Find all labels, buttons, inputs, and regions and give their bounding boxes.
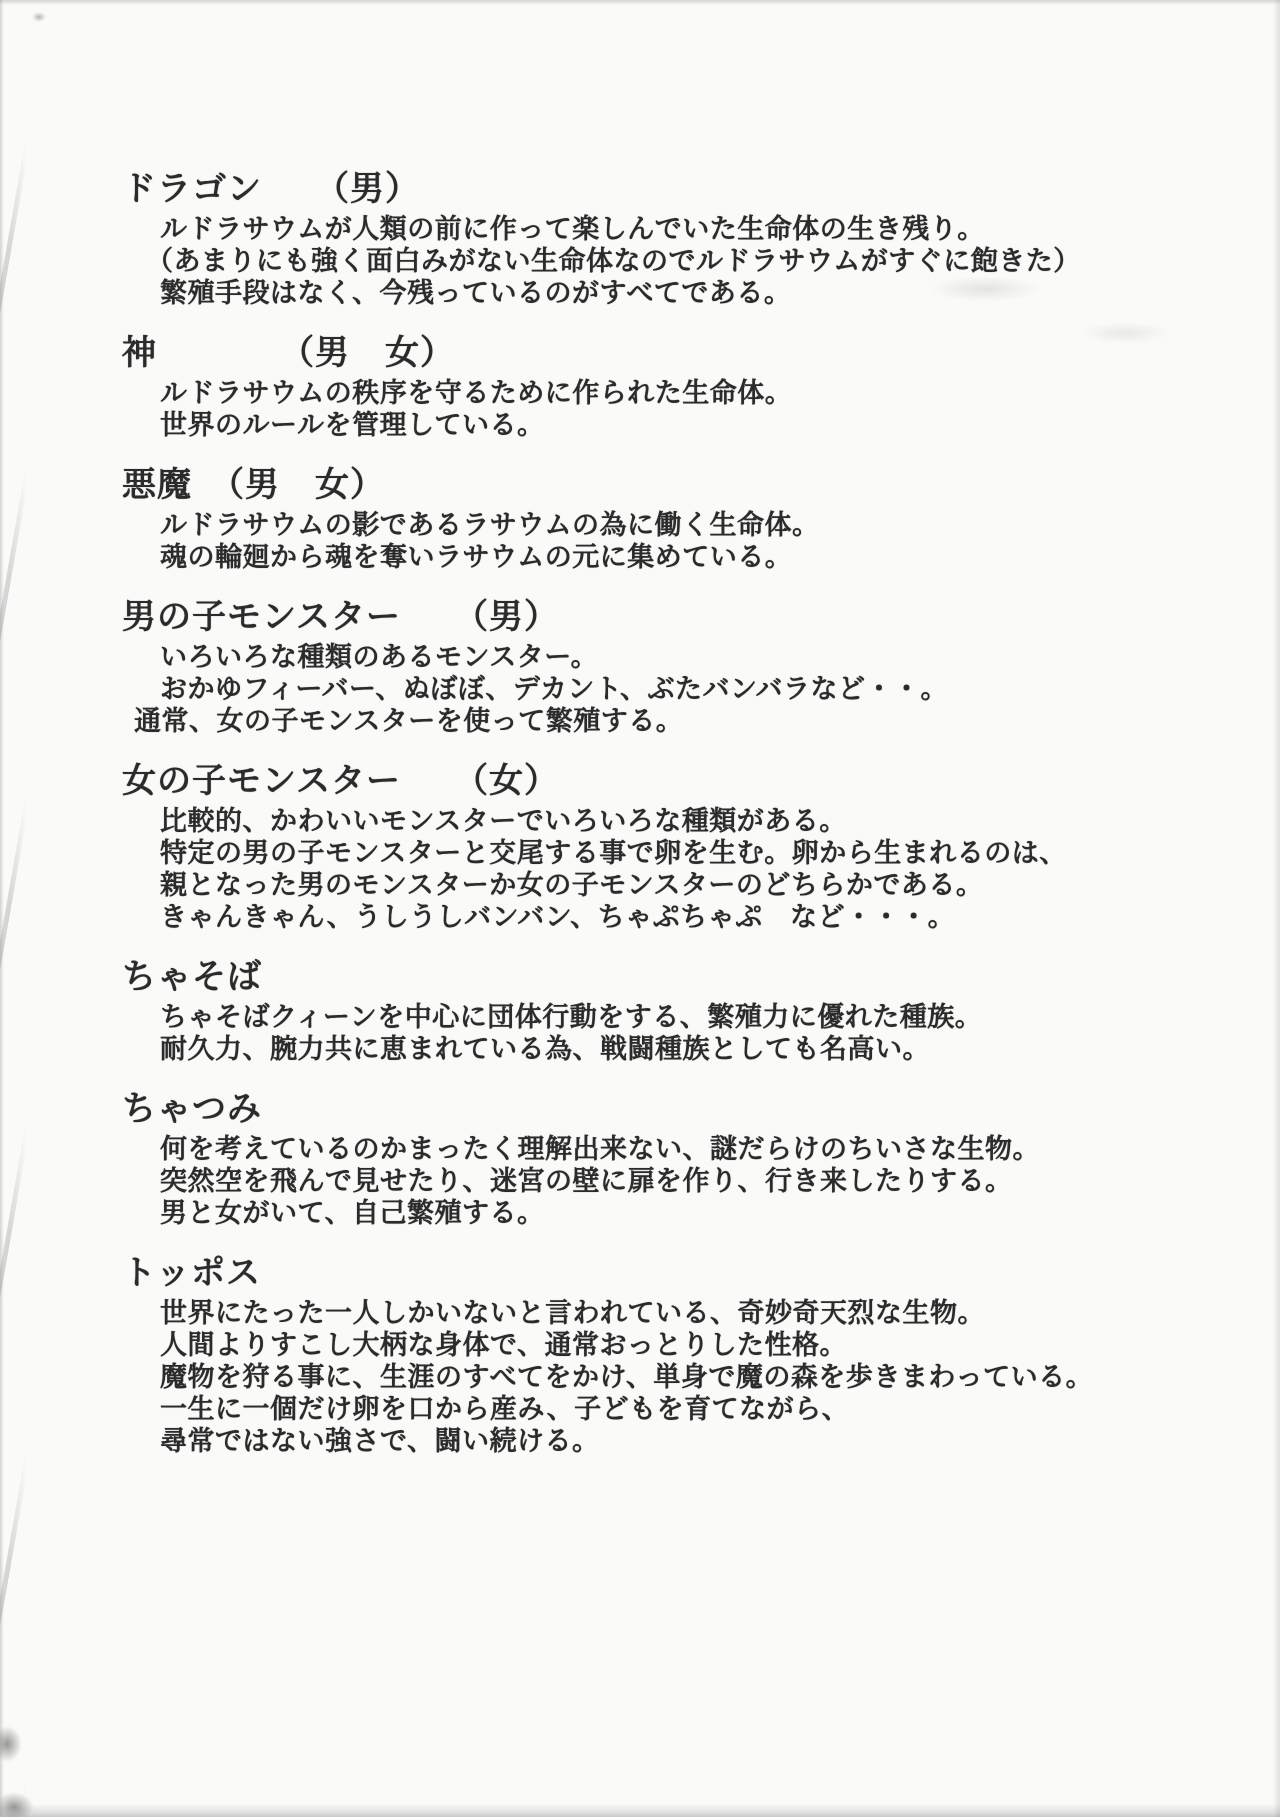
bottom-page-edge <box>0 1804 1280 1817</box>
glossary-section-topposu: トッポス 世界にたった一人しかいないと言われている、奇妙奇天烈な生物。 人間より… <box>122 1252 1182 1458</box>
section-line: ルドラサウムの秩序を守るために作られた生命体。 <box>160 378 1182 410</box>
section-line: いろいろな種類のあるモンスター。 <box>160 642 1182 674</box>
page-content: ドラゴン （男） ルドラサウムが人類の前に作って楽しんでいた生命体の生き残り。 … <box>122 168 1182 1480</box>
section-title: ちゃつみ <box>122 1088 1182 1130</box>
section-line: 魔物を狩る事に、生涯のすべてをかけ、単身で魔の森を歩きまわっている。 <box>160 1362 1182 1394</box>
glossary-section-god: 神 （男 女） ルドラサウムの秩序を守るために作られた生命体。 世界のルールを管… <box>122 332 1182 442</box>
section-title: 女の子モンスター （女） <box>122 760 1182 802</box>
glossary-section-boy-monster: 男の子モンスター （男） いろいろな種類のあるモンスター。 おかゆフィーバー、ぬ… <box>122 596 1182 738</box>
section-line: （あまりにも強く面白みがない生命体なのでルドラサウムがすぐに飽きた） <box>146 246 1182 278</box>
top-page-edge <box>0 0 1280 5</box>
section-line: 魂の輪廻から魂を奪いラサウムの元に集めている。 <box>160 542 1182 574</box>
section-line: 親となった男のモンスターか女の子モンスターのどちらかである。 <box>160 870 1182 902</box>
glossary-section-girl-monster: 女の子モンスター （女） 比較的、かわいいモンスターでいろいろな種類がある。 特… <box>122 760 1182 934</box>
section-line: 比較的、かわいいモンスターでいろいろな種類がある。 <box>160 806 1182 838</box>
section-title: トッポス <box>122 1252 1182 1294</box>
section-title: 男の子モンスター （男） <box>122 596 1182 638</box>
section-line: 一生に一個だけ卵を口から産み、子どもを育てながら、 <box>160 1394 1182 1426</box>
section-line: 男と女がいて、自己繁殖する。 <box>160 1198 1182 1230</box>
section-title: 悪魔 （男 女） <box>122 464 1182 506</box>
section-title: ちゃそば <box>122 956 1182 998</box>
glossary-section-chatsumi: ちゃつみ 何を考えているのかまったく理解出来ない、謎だらけのちいさな生物。 突然… <box>122 1088 1182 1230</box>
section-line: 通常、女の子モンスターを使って繁殖する。 <box>134 706 1182 738</box>
section-line: 世界にたった一人しかいないと言われている、奇妙奇天烈な生物。 <box>160 1298 1182 1330</box>
section-title: 神 （男 女） <box>122 332 1182 374</box>
section-line: 人間よりすこし大柄な身体で、通常おっとりした性格。 <box>160 1330 1182 1362</box>
section-line: 突然空を飛んで見せたり、迷宮の壁に扉を作り、行き来したりする。 <box>160 1166 1182 1198</box>
scanned-page: ドラゴン （男） ルドラサウムが人類の前に作って楽しんでいた生命体の生き残り。 … <box>0 0 1280 1817</box>
section-line: ルドラサウムの影であるラサウムの為に働く生命体。 <box>160 510 1182 542</box>
left-page-edge <box>0 0 4 1817</box>
glossary-section-demon: 悪魔 （男 女） ルドラサウムの影であるラサウムの為に働く生命体。 魂の輪廻から… <box>122 464 1182 574</box>
section-line: きゃんきゃん、うしうしバンバン、ちゃぷちゃぷ など・・・。 <box>160 902 1182 934</box>
glossary-section-dragon: ドラゴン （男） ルドラサウムが人類の前に作って楽しんでいた生命体の生き残り。 … <box>122 168 1182 310</box>
section-line: 繁殖手段はなく、今残っているのがすべてである。 <box>160 278 1182 310</box>
section-title: ドラゴン （男） <box>122 168 1182 210</box>
section-line: 何を考えているのかまったく理解出来ない、謎だらけのちいさな生物。 <box>160 1134 1182 1166</box>
glossary-section-chasoba: ちゃそば ちゃそばクィーンを中心に団体行動をする、繁殖力に優れた種族。 耐久力、… <box>122 956 1182 1066</box>
section-line: ルドラサウムが人類の前に作って楽しんでいた生命体の生き残り。 <box>160 214 1182 246</box>
section-line: 耐久力、腕力共に恵まれている為、戦闘種族としても名高い。 <box>160 1034 1182 1066</box>
section-line: 特定の男の子モンスターと交尾する事で卵を生む。卵から生まれるのは、 <box>160 838 1182 870</box>
section-line: ちゃそばクィーンを中心に団体行動をする、繁殖力に優れた種族。 <box>160 1002 1182 1034</box>
section-line: 尋常ではない強さで、闘い続ける。 <box>160 1426 1182 1458</box>
scan-artifact <box>32 12 46 22</box>
section-line: 世界のルールを管理している。 <box>160 410 1182 442</box>
section-line: おかゆフィーバー、ぬぼぼ、デカント、ぶたバンバラなど・・。 <box>160 674 1182 706</box>
scan-artifact <box>0 1792 34 1817</box>
right-page-edge <box>1273 0 1280 1817</box>
